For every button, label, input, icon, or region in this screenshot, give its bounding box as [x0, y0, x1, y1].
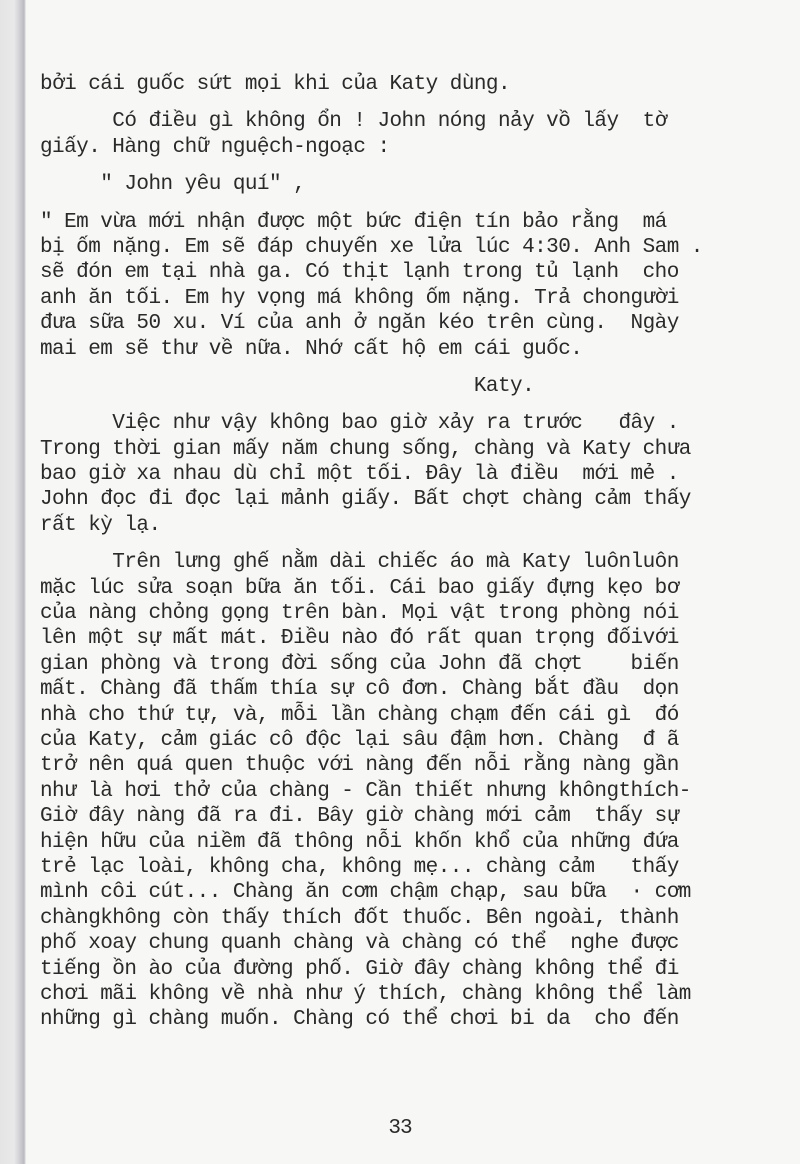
text-line: hiện hữu của niềm đã thông nỗi khốn khổ … [40, 830, 780, 855]
text-line: Katy. [40, 374, 780, 399]
text-line: gian phòng và trong đời sống của John đã… [40, 652, 780, 677]
page-number: 33 [0, 1117, 800, 1140]
text-line: chơi mãi không về nhà như ý thích, chàng… [40, 982, 780, 1007]
text-line: Giờ đây nàng đã ra đi. Bây giờ chàng mới… [40, 804, 780, 829]
text-line: như là hơi thở của chàng - Cần thiết như… [40, 779, 780, 804]
text-line: của nàng chỏng gọng trên bàn. Mọi vật tr… [40, 601, 780, 626]
text-line: nhà cho thứ tự, và, mỗi lần chàng chạm đ… [40, 703, 780, 728]
text-line: mất. Chàng đã thấm thía sự cô đơn. Chàng… [40, 677, 780, 702]
paragraph-gap [40, 399, 780, 411]
text-line: Trong thời gian mấy năm chung sống, chàn… [40, 437, 780, 462]
text-line: mai em sẽ thư về nữa. Nhớ cất hộ em cái … [40, 337, 780, 362]
paragraph-gap [40, 362, 780, 374]
text-line: " Em vừa mới nhận được một bức điện tín … [40, 210, 780, 235]
text-line: tiếng ồn ào của đường phố. Giờ đây chàng… [40, 957, 780, 982]
text-line: mặc lúc sửa soạn bữa ăn tối. Cái bao giấ… [40, 576, 780, 601]
text-line: bao giờ xa nhau dù chỉ một tối. Đây là đ… [40, 462, 780, 487]
text-line: đưa sữa 50 xu. Ví của anh ở ngăn kéo trê… [40, 311, 780, 336]
text-line: chàngkhông còn thấy thích đốt thuốc. Bên… [40, 906, 780, 931]
text-line: trẻ lạc loài, không cha, không mẹ... chà… [40, 855, 780, 880]
text-line: John đọc đi đọc lại mảnh giấy. Bất chợt … [40, 487, 780, 512]
text-line: Việc như vậy không bao giờ xảy ra trước … [40, 411, 780, 436]
text-line: bị ốm nặng. Em sẽ đáp chuyến xe lửa lúc … [40, 235, 780, 260]
text-line: lên một sự mất mát. Điều nào đó rất quan… [40, 626, 780, 651]
text-line: anh ăn tối. Em hy vọng má không ốm nặng.… [40, 286, 780, 311]
text-line: những gì chàng muốn. Chàng có thể chơi b… [40, 1007, 780, 1032]
page-binding-edge [0, 0, 26, 1164]
text-line: giấy. Hàng chữ nguệch-ngoạc : [40, 135, 780, 160]
paragraph-gap [40, 198, 780, 210]
paragraph-gap [40, 160, 780, 172]
text-line: sẽ đón em tại nhà ga. Có thịt lạnh trong… [40, 260, 780, 285]
text-line: phố xoay chung quanh chàng và chàng có t… [40, 931, 780, 956]
typed-page-body: bởi cái guốc sứt mọi khi của Katy dùng. … [40, 72, 780, 1033]
text-line: mình côi cút... Chàng ăn cơm chậm chạp, … [40, 880, 780, 905]
text-line: Trên lưng ghế nằm dài chiếc áo mà Katy l… [40, 550, 780, 575]
paragraph-gap [40, 97, 780, 109]
text-line: bởi cái guốc sứt mọi khi của Katy dùng. [40, 72, 780, 97]
text-line: Có điều gì không ổn ! John nóng nảy vồ l… [40, 109, 780, 134]
text-line: " John yêu quí" , [40, 172, 780, 197]
text-line: rất kỳ lạ. [40, 513, 780, 538]
text-line: trở nên quá quen thuộc với nàng đến nỗi … [40, 753, 780, 778]
text-line: của Katy, cảm giác cô độc lại sâu đậm hơ… [40, 728, 780, 753]
paragraph-gap [40, 538, 780, 550]
